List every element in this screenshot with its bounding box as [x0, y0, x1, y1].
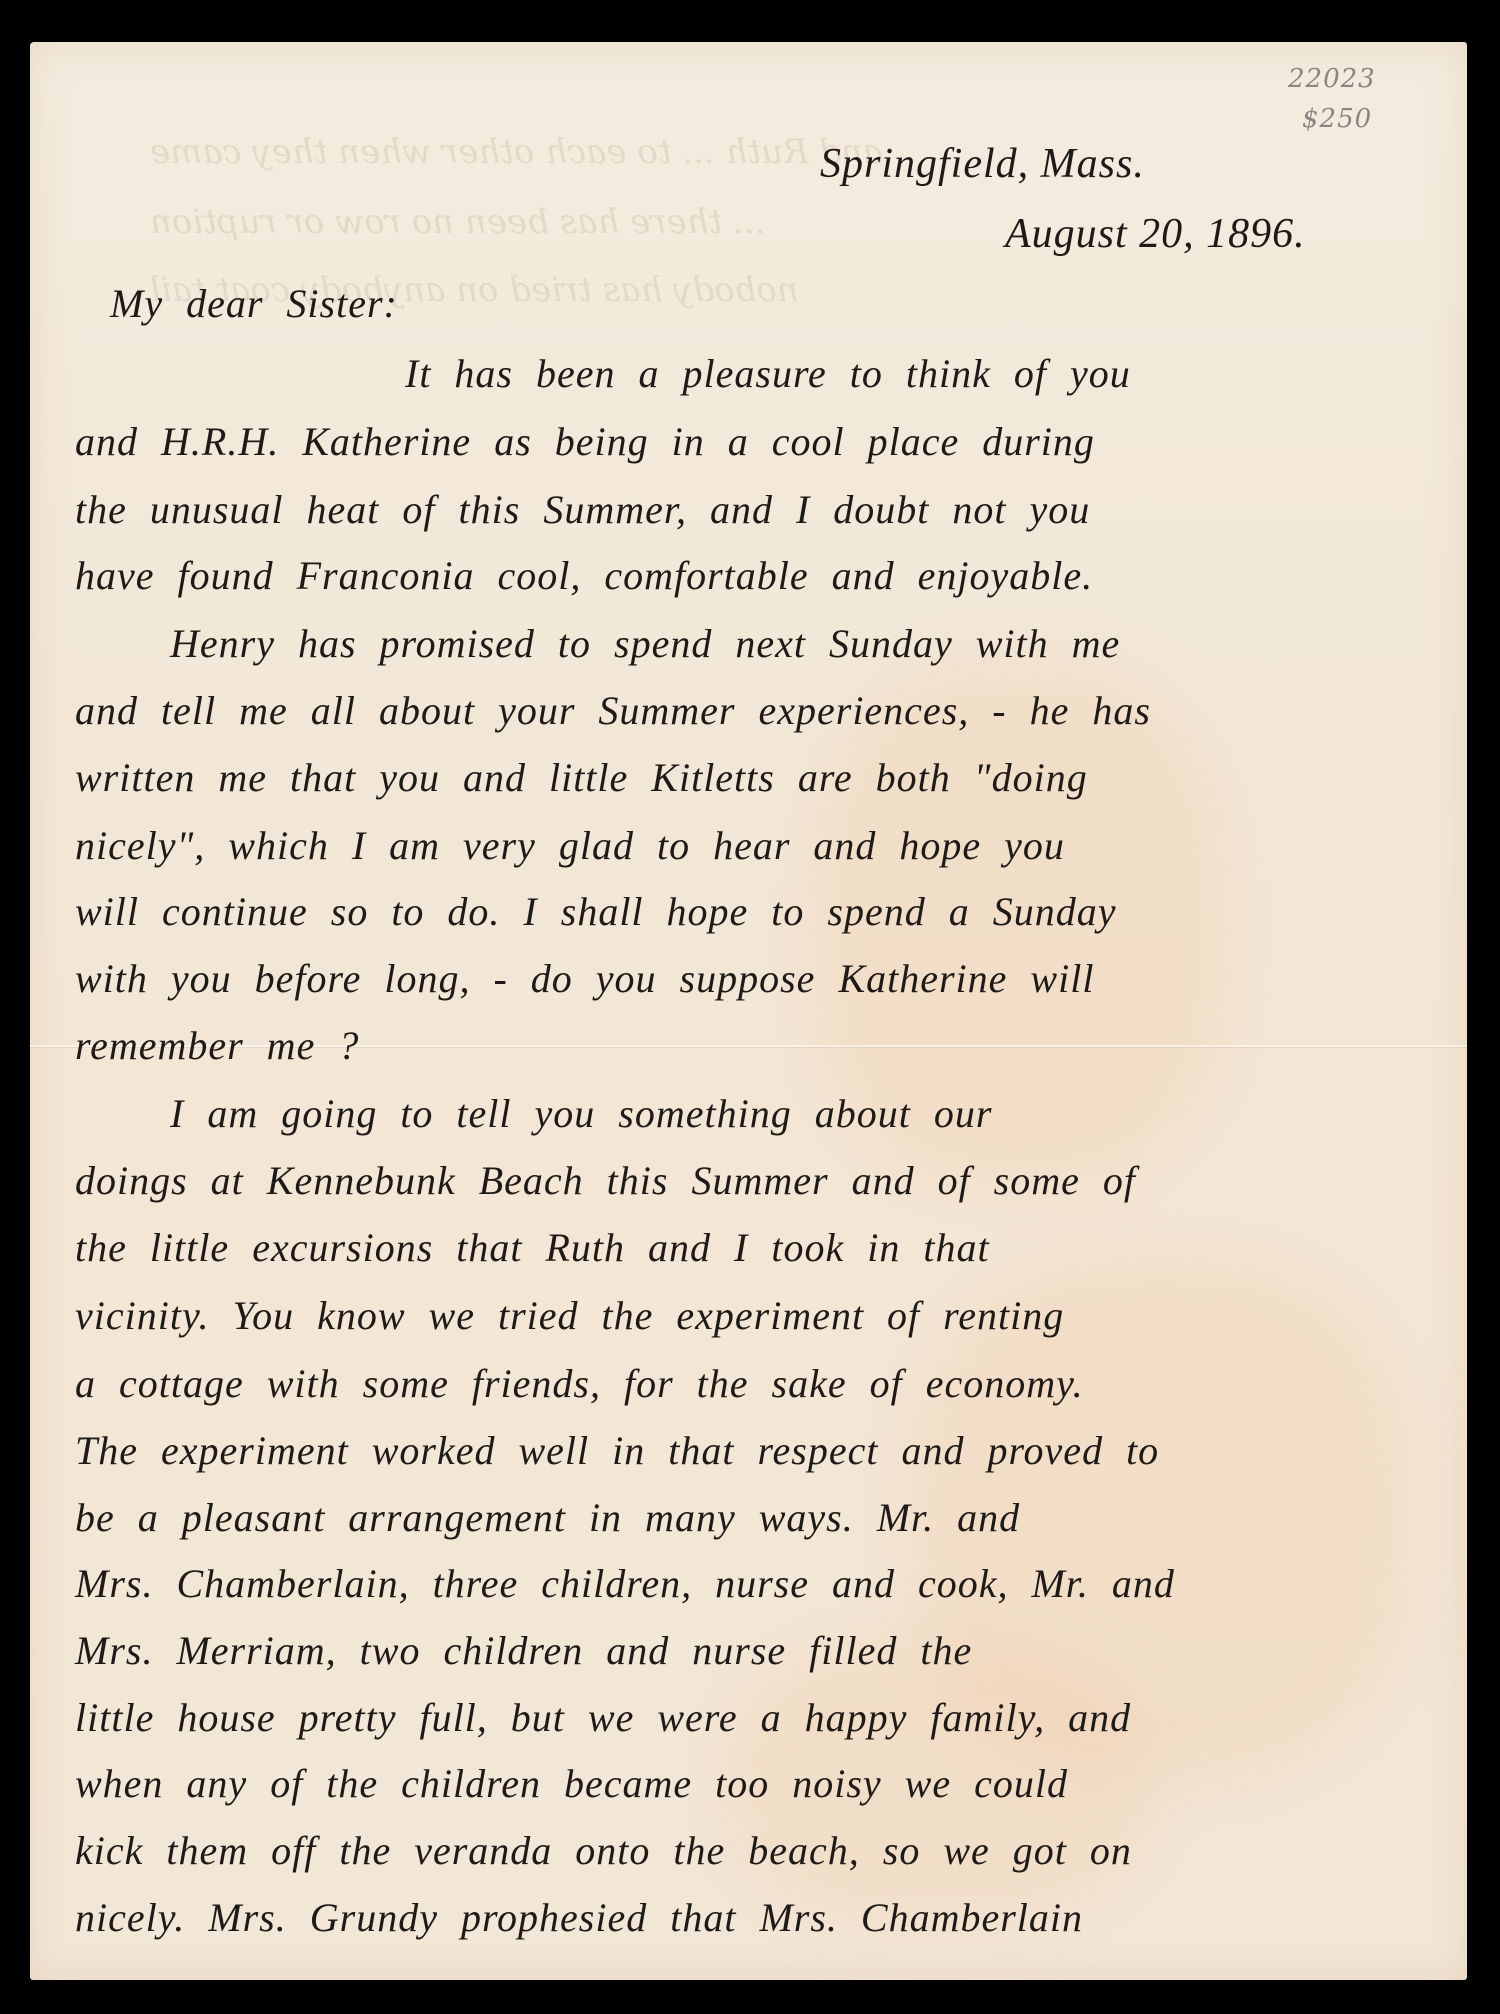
show-through-text: ... there has been no row or ruption: [150, 202, 765, 242]
letter-date: August 20, 1896.: [1005, 210, 1306, 258]
letter-page: and Ruth ... to each other when they cam…: [30, 42, 1467, 1980]
letter-line: Mrs. Chamberlain, three children, nurse …: [75, 1560, 1175, 1607]
letter-line: when any of the children became too nois…: [75, 1760, 1068, 1807]
letter-line: nicely. Mrs. Grundy prophesied that Mrs.…: [75, 1894, 1083, 1941]
letter-line: It has been a pleasure to think of you: [405, 350, 1131, 397]
price-mark: $250: [1302, 104, 1372, 134]
letter-line: nicely", which I am very glad to hear an…: [75, 822, 1065, 869]
letter-line: have found Franconia cool, comfortable a…: [75, 552, 1093, 599]
letter-line: Mrs. Merriam, two children and nurse fil…: [75, 1627, 972, 1674]
letter-salutation: My dear Sister:: [110, 280, 398, 327]
catalog-number: 22023: [1288, 64, 1376, 94]
show-through-text: and Ruth ... to each other when they cam…: [150, 132, 883, 172]
letter-line: with you before long, - do you suppose K…: [75, 955, 1094, 1002]
letter-line: the unusual heat of this Summer, and I d…: [75, 486, 1090, 533]
letter-place: Springfield, Mass.: [820, 140, 1145, 188]
letter-line: remember me ?: [75, 1022, 359, 1069]
letter-line: I am going to tell you something about o…: [170, 1090, 992, 1137]
letter-line: vicinity. You know we tried the experime…: [75, 1292, 1064, 1339]
letter-line: written me that you and little Kitletts …: [75, 754, 1088, 801]
letter-line: kick them off the veranda onto the beach…: [75, 1827, 1132, 1874]
letter-line: The experiment worked well in that respe…: [75, 1427, 1159, 1474]
letter-line: a cottage with some friends, for the sak…: [75, 1360, 1084, 1407]
letter-line: doings at Kennebunk Beach this Summer an…: [75, 1157, 1136, 1204]
letter-line: Henry has promised to spend next Sunday …: [170, 620, 1120, 667]
letter-line: and H.R.H. Katherine as being in a cool …: [75, 418, 1095, 465]
letter-line: be a pleasant arrangement in many ways. …: [75, 1494, 1020, 1541]
letter-line: little house pretty full, but we were a …: [75, 1694, 1131, 1741]
letter-line: the little excursions that Ruth and I to…: [75, 1224, 990, 1271]
letter-line: will continue so to do. I shall hope to …: [75, 888, 1117, 935]
letter-line: and tell me all about your Summer experi…: [75, 687, 1151, 734]
